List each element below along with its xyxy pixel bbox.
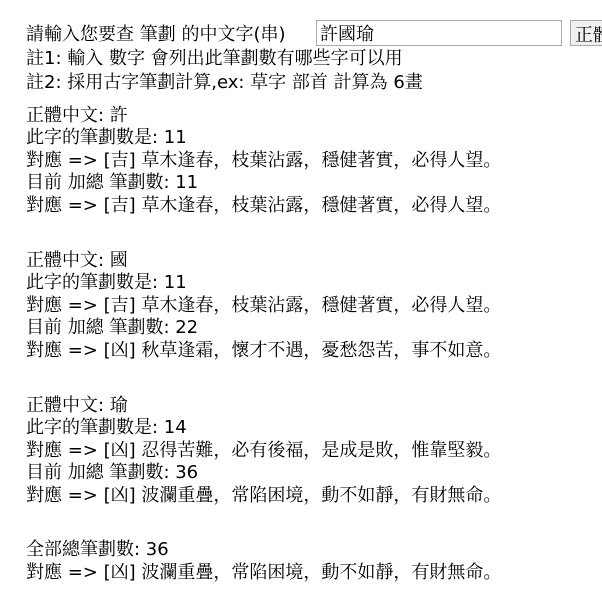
result-strokes-line: 此字的筆劃數是: 11 <box>26 127 187 149</box>
result-strokes-line: 此字的筆劃數是: 14 <box>26 417 187 439</box>
result-strokes-meaning: 對應 => [吉] 草木逢春，枝葉沾露，穩健著實，必得人望。 <box>26 150 501 172</box>
result-cumulative-meaning: 對應 => [凶] 波瀾重疊，常陷困境，動不如靜，有財無命。 <box>26 485 501 507</box>
total-strokes-line: 全部總筆劃數: 36 <box>26 539 169 561</box>
result-cumulative-meaning: 對應 => [凶] 秋草逢霜，懷才不遇，憂愁怨苦，事不如意。 <box>26 340 501 362</box>
result-strokes-meaning: 對應 => [凶] 忍得苦難，必有後福，是成是敗，惟靠堅毅。 <box>26 440 501 462</box>
result-char-line: 正體中文: 瑜 <box>26 395 128 417</box>
result-char-line: 正體中文: 許 <box>26 105 128 127</box>
result-cumulative-line: 目前 加總 筆劃數: 22 <box>26 317 198 339</box>
result-strokes-line: 此字的筆劃數是: 11 <box>26 272 187 294</box>
result-cumulative-line: 目前 加總 筆劃數: 11 <box>26 172 198 194</box>
prompt-label: 請輸入您要查 筆劃 的中文字(串) <box>26 20 316 46</box>
submit-button[interactable]: 正體中文 <box>570 20 602 46</box>
note-1: 註1: 輸入 數字 會列出此筆劃數有哪些字可以用 <box>26 48 403 70</box>
note-2: 註2: 採用古字筆劃計算,ex: 草字 部首 計算為 6畫 <box>26 72 423 94</box>
query-input[interactable] <box>316 20 562 46</box>
total-strokes-meaning: 對應 => [凶] 波瀾重疊，常陷困境，動不如靜，有財無命。 <box>26 562 501 584</box>
query-row: 請輸入您要查 筆劃 的中文字(串) 正體中文 <box>26 19 316 47</box>
result-cumulative-meaning: 對應 => [吉] 草木逢春，枝葉沾露，穩健著實，必得人望。 <box>26 195 501 217</box>
result-char-line: 正體中文: 國 <box>26 250 128 272</box>
result-strokes-meaning: 對應 => [吉] 草木逢春，枝葉沾露，穩健著實，必得人望。 <box>26 295 501 317</box>
result-cumulative-line: 目前 加總 筆劃數: 36 <box>26 462 198 484</box>
